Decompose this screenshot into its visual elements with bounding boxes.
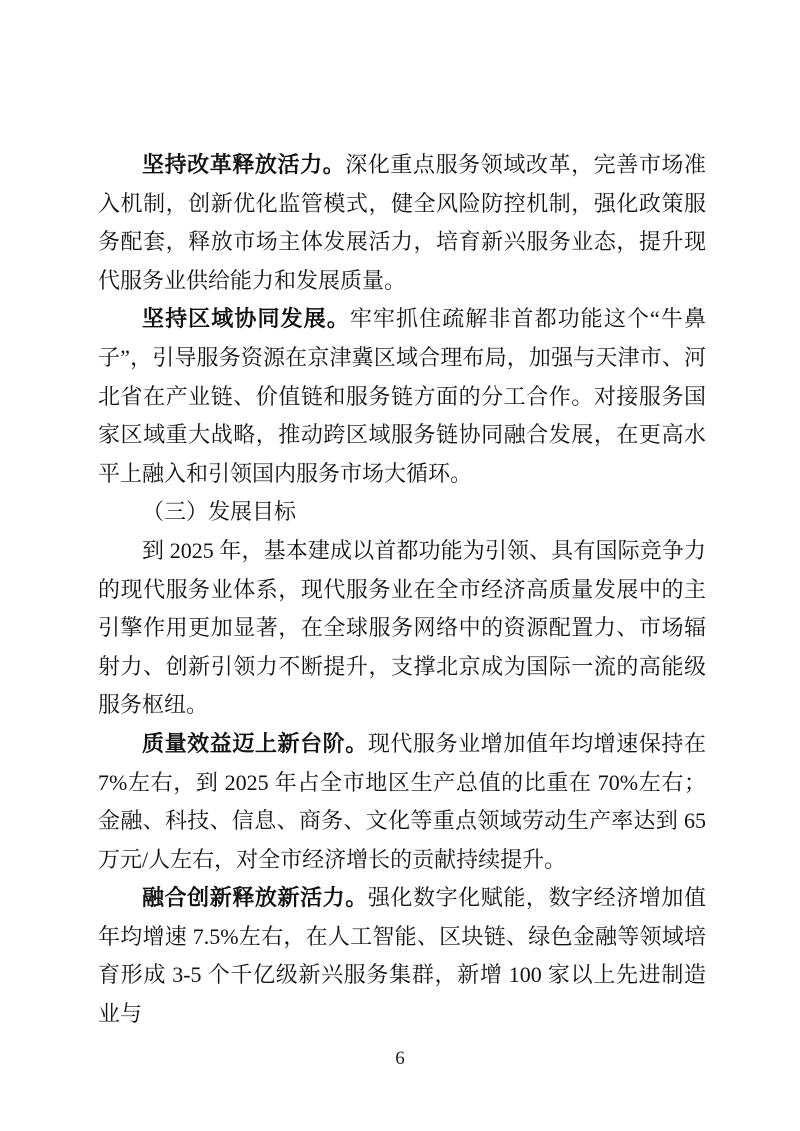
paragraph: 到 2025 年，基本建成以首都功能为引领、具有国际竞争力的现代服务业体系，现代… <box>98 532 706 725</box>
section-heading: （三）发展目标 <box>98 493 706 532</box>
section-heading-text: （三）发展目标 <box>142 499 296 524</box>
paragraph-lead: 坚持改革释放活力。 <box>142 152 345 177</box>
paragraph: 坚持区域协同发展。牢牢抓住疏解非首都功能这个“牛鼻子”，引导服务资源在京津冀区域… <box>98 300 706 493</box>
paragraph-text: 牢牢抓住疏解非首都功能这个“牛鼻子”，引导服务资源在京津冀区域合理布局，加强与天… <box>98 306 706 485</box>
paragraph: 质量效益迈上新台阶。现代服务业增加值年均增速保持在7%左右，到 2025 年占全… <box>98 725 706 879</box>
paragraph-lead: 质量效益迈上新台阶。 <box>142 731 368 756</box>
page: 坚持改革释放活力。深化重点服务领域改革，完善市场准入机制，创新优化监管模式，健全… <box>0 0 800 1131</box>
paragraph-text: 到 2025 年，基本建成以首都功能为引领、具有国际竞争力的现代服务业体系，现代… <box>98 538 706 717</box>
paragraph-lead: 融合创新释放新活力。 <box>142 885 368 910</box>
page-number: 6 <box>395 1048 405 1069</box>
document-body: 坚持改革释放活力。深化重点服务领域改革，完善市场准入机制，创新优化监管模式，健全… <box>98 146 706 1034</box>
paragraph-lead: 坚持区域协同发展。 <box>142 306 350 331</box>
page-footer: 6 <box>0 1048 800 1070</box>
document-page: { "page": { "number": "6", "background_c… <box>0 0 800 1131</box>
paragraph: 坚持改革释放活力。深化重点服务领域改革，完善市场准入机制，创新优化监管模式，健全… <box>98 146 706 300</box>
paragraph: 融合创新释放新活力。强化数字化赋能，数字经济增加值年均增速 7.5%左右，在人工… <box>98 879 706 1033</box>
